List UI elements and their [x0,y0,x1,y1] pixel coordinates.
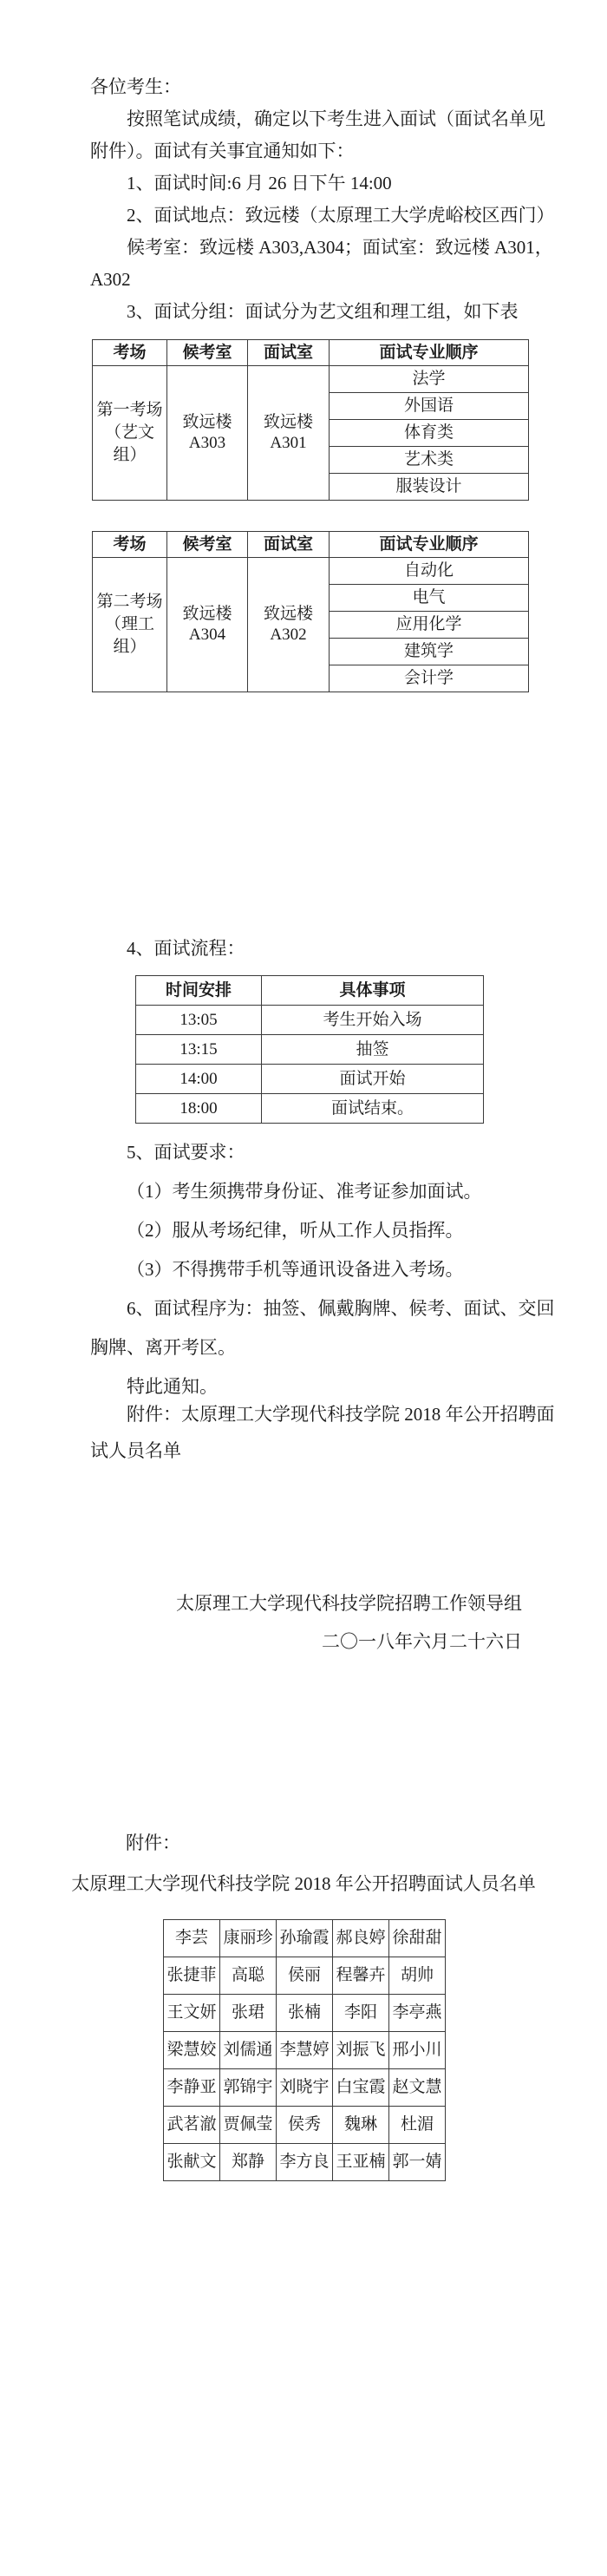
cell-detail: 抽签 [262,1035,484,1065]
cell-name: 刘儒通 [220,2032,277,2069]
cell-name: 王文妍 [164,1995,220,2032]
header-exam-hall: 考场 [93,532,167,558]
cell-name: 李芸 [164,1920,220,1957]
table-header-row: 时间安排 具体事项 [136,976,484,1006]
table-row: 王文妍 张珺 张楠 李阳 李亭燕 [164,1995,446,2032]
notice-requirements-section: 5、面试要求： （1）考生须携带身份证、准考证参加面试。 （2）服从考场纪律，听… [90,1133,520,1406]
header-waiting-room: 候考室 [167,340,248,366]
cell-name: 刘振飞 [333,2032,389,2069]
header-detail: 具体事项 [262,976,484,1006]
cell-major: 艺术类 [330,447,529,474]
signature-block: 太原理工大学现代科技学院招聘工作领导组 二〇一八年六月二十六日 [0,1584,607,1661]
table-row: 第一考场 （艺文组） 致远楼 A303 致远楼 A301 法学 [93,366,529,393]
venue-line: （理工 [93,613,166,636]
cell-name: 李阳 [333,1995,389,2032]
table-row: 梁慧姣 刘儒通 李慧婷 刘振飞 邢小川 [164,2032,446,2069]
header-major-order: 面试专业顺序 [330,532,529,558]
intro-line: 按照笔试成绩，确定以下考生进入面试（面试名单见 [90,103,520,135]
header-waiting-room: 候考室 [167,532,248,558]
table-row: 武茗澈 贾佩莹 侯秀 魏琳 杜湄 [164,2107,446,2144]
cell-name: 孙瑜霞 [277,1920,333,1957]
cell-time: 18:00 [136,1094,262,1124]
header-major-order: 面试专业顺序 [330,340,529,366]
cell-major: 体育类 [330,420,529,447]
cell-waiting-room: 致远楼 A303 [167,366,248,501]
venue-line: 组） [93,636,166,659]
cell-name: 贾佩莹 [220,2107,277,2144]
cell-name: 胡帅 [389,1957,446,1995]
attachment-title: 太原理工大学现代科技学院 2018 年公开招聘面试人员名单 [0,1871,607,1896]
cell-name: 刘晓宇 [277,2069,333,2107]
cell-name: 郝良婷 [333,1920,389,1957]
table-row: 李芸 康丽珍 孙瑜霞 郝良婷 徐甜甜 [164,1920,446,1957]
item-interview-time: 1、面试时间:6 月 26 日下午 14:00 [90,167,520,200]
table-header-row: 考场 候考室 面试室 面试专业顺序 [93,340,529,366]
cell-name: 张珺 [220,1995,277,2032]
table-row: 第二考场 （理工 组） 致远楼 A304 致远楼 A302 自动化 [93,558,529,585]
item-rooms-line: A302 [90,264,520,296]
cell-name: 郭一婧 [389,2144,446,2181]
cell-name: 赵文慧 [389,2069,446,2107]
cell-name: 张捷菲 [164,1957,220,1995]
cell-name: 李亭燕 [389,1995,446,2032]
cell-name: 李慧婷 [277,2032,333,2069]
cell-exam-hall: 第一考场 （艺文组） [93,366,167,501]
header-interview-room: 面试室 [248,340,330,366]
cell-name: 徐甜甜 [389,1920,446,1957]
item-interview-place: 2、面试地点：致远楼（太原理工大学虎峪校区西门） [90,200,520,232]
cell-major: 自动化 [330,558,529,585]
cell-major: 电气 [330,585,529,612]
interviewee-names-table: 李芸 康丽珍 孙瑜霞 郝良婷 徐甜甜 张捷菲 高聪 侯丽 程馨卉 胡帅 王文妍 … [163,1919,446,2181]
venue-line: （艺文组） [93,422,166,467]
cell-waiting-room: 致远楼 A304 [167,558,248,692]
venue-line: 第二考场 [93,591,166,613]
cell-name: 王亚楠 [333,2144,389,2181]
cell-major: 法学 [330,366,529,393]
cell-name: 程馨卉 [333,1957,389,1995]
attachment-reference-line: 试人员名单 [90,1432,520,1469]
salutation: 各位考生： [90,71,520,103]
cell-major: 服装设计 [330,474,529,501]
cell-detail: 考生开始入场 [262,1006,484,1035]
requirement-line: （3）不得携带手机等通讯设备进入考场。 [90,1250,520,1289]
requirement-line: （2）服从考场纪律，听从工作人员指挥。 [90,1211,520,1250]
table-row: 张献文 郑静 李方良 王亚楠 郭一婧 [164,2144,446,2181]
cell-time: 13:15 [136,1035,262,1065]
item-procedure-line: 胸牌、离开考区。 [90,1328,520,1367]
cell-name: 侯秀 [277,2107,333,2144]
cell-interview-room: 致远楼 A302 [248,558,330,692]
cell-name: 邢小川 [389,2032,446,2069]
cell-name: 张献文 [164,2144,220,2181]
notice-document-page: 各位考生： 按照笔试成绩，确定以下考生进入面试（面试名单见 附件）。面试有关事宜… [0,0,607,2576]
cell-detail: 面试结束。 [262,1094,484,1124]
cell-name: 魏琳 [333,2107,389,2144]
header-exam-hall: 考场 [93,340,167,366]
signature-organization: 太原理工大学现代科技学院招聘工作领导组 [0,1584,522,1622]
table-header-row: 考场 候考室 面试室 面试专业顺序 [93,532,529,558]
schedule-table: 时间安排 具体事项 13:05 考生开始入场 13:15 抽签 14:00 面试… [135,975,484,1124]
notice-intro-section: 各位考生： 按照笔试成绩，确定以下考生进入面试（面试名单见 附件）。面试有关事宜… [90,71,520,328]
cell-name: 高聪 [220,1957,277,1995]
item-procedure-line: 6、面试程序为：抽签、佩戴胸牌、候考、面试、交回 [90,1289,520,1328]
item-requirements: 5、面试要求： [90,1133,520,1172]
cell-name: 张楠 [277,1995,333,2032]
cell-time: 14:00 [136,1065,262,1094]
table-row: 张捷菲 高聪 侯丽 程馨卉 胡帅 [164,1957,446,1995]
cell-interview-room: 致远楼 A301 [248,366,330,501]
attachment-label: 附件： [126,1832,180,1854]
item-interview-process: 4、面试流程： [127,937,245,960]
table-row: 14:00 面试开始 [136,1065,484,1094]
group-table-science: 考场 候考室 面试室 面试专业顺序 第二考场 （理工 组） 致远楼 A304 致… [92,531,529,692]
cell-major: 会计学 [330,665,529,692]
cell-name: 梁慧姣 [164,2032,220,2069]
requirement-line: （1）考生须携带身份证、准考证参加面试。 [90,1172,520,1211]
item-rooms-line: 候考室：致远楼 A303,A304；面试室：致远楼 A301， [90,232,520,264]
cell-name: 康丽珍 [220,1920,277,1957]
table-row: 李静亚 郭锦宇 刘晓宇 白宝霞 赵文慧 [164,2069,446,2107]
table-row: 13:15 抽签 [136,1035,484,1065]
attachment-reference-line: 附件：太原理工大学现代科技学院 2018 年公开招聘面 [90,1396,520,1432]
cell-exam-hall: 第二考场 （理工 组） [93,558,167,692]
cell-major: 应用化学 [330,612,529,639]
cell-major: 建筑学 [330,639,529,665]
signature-date: 二〇一八年六月二十六日 [0,1622,522,1661]
cell-major: 外国语 [330,393,529,420]
header-time: 时间安排 [136,976,262,1006]
group-table-arts: 考场 候考室 面试室 面试专业顺序 第一考场 （艺文组） 致远楼 A303 致远… [92,339,529,501]
table-row: 18:00 面试结束。 [136,1094,484,1124]
cell-time: 13:05 [136,1006,262,1035]
cell-name: 侯丽 [277,1957,333,1995]
cell-name: 白宝霞 [333,2069,389,2107]
cell-name: 李方良 [277,2144,333,2181]
cell-name: 杜湄 [389,2107,446,2144]
cell-name: 李静亚 [164,2069,220,2107]
header-interview-room: 面试室 [248,532,330,558]
table-row: 13:05 考生开始入场 [136,1006,484,1035]
cell-name: 郑静 [220,2144,277,2181]
item-grouping: 3、面试分组：面试分为艺文组和理工组，如下表 [90,296,520,328]
cell-detail: 面试开始 [262,1065,484,1094]
intro-line: 附件）。面试有关事宜通知如下： [90,135,520,167]
venue-line: 第一考场 [93,399,166,422]
cell-name: 郭锦宇 [220,2069,277,2107]
cell-name: 武茗澈 [164,2107,220,2144]
attachment-reference: 附件：太原理工大学现代科技学院 2018 年公开招聘面 试人员名单 [90,1396,520,1469]
